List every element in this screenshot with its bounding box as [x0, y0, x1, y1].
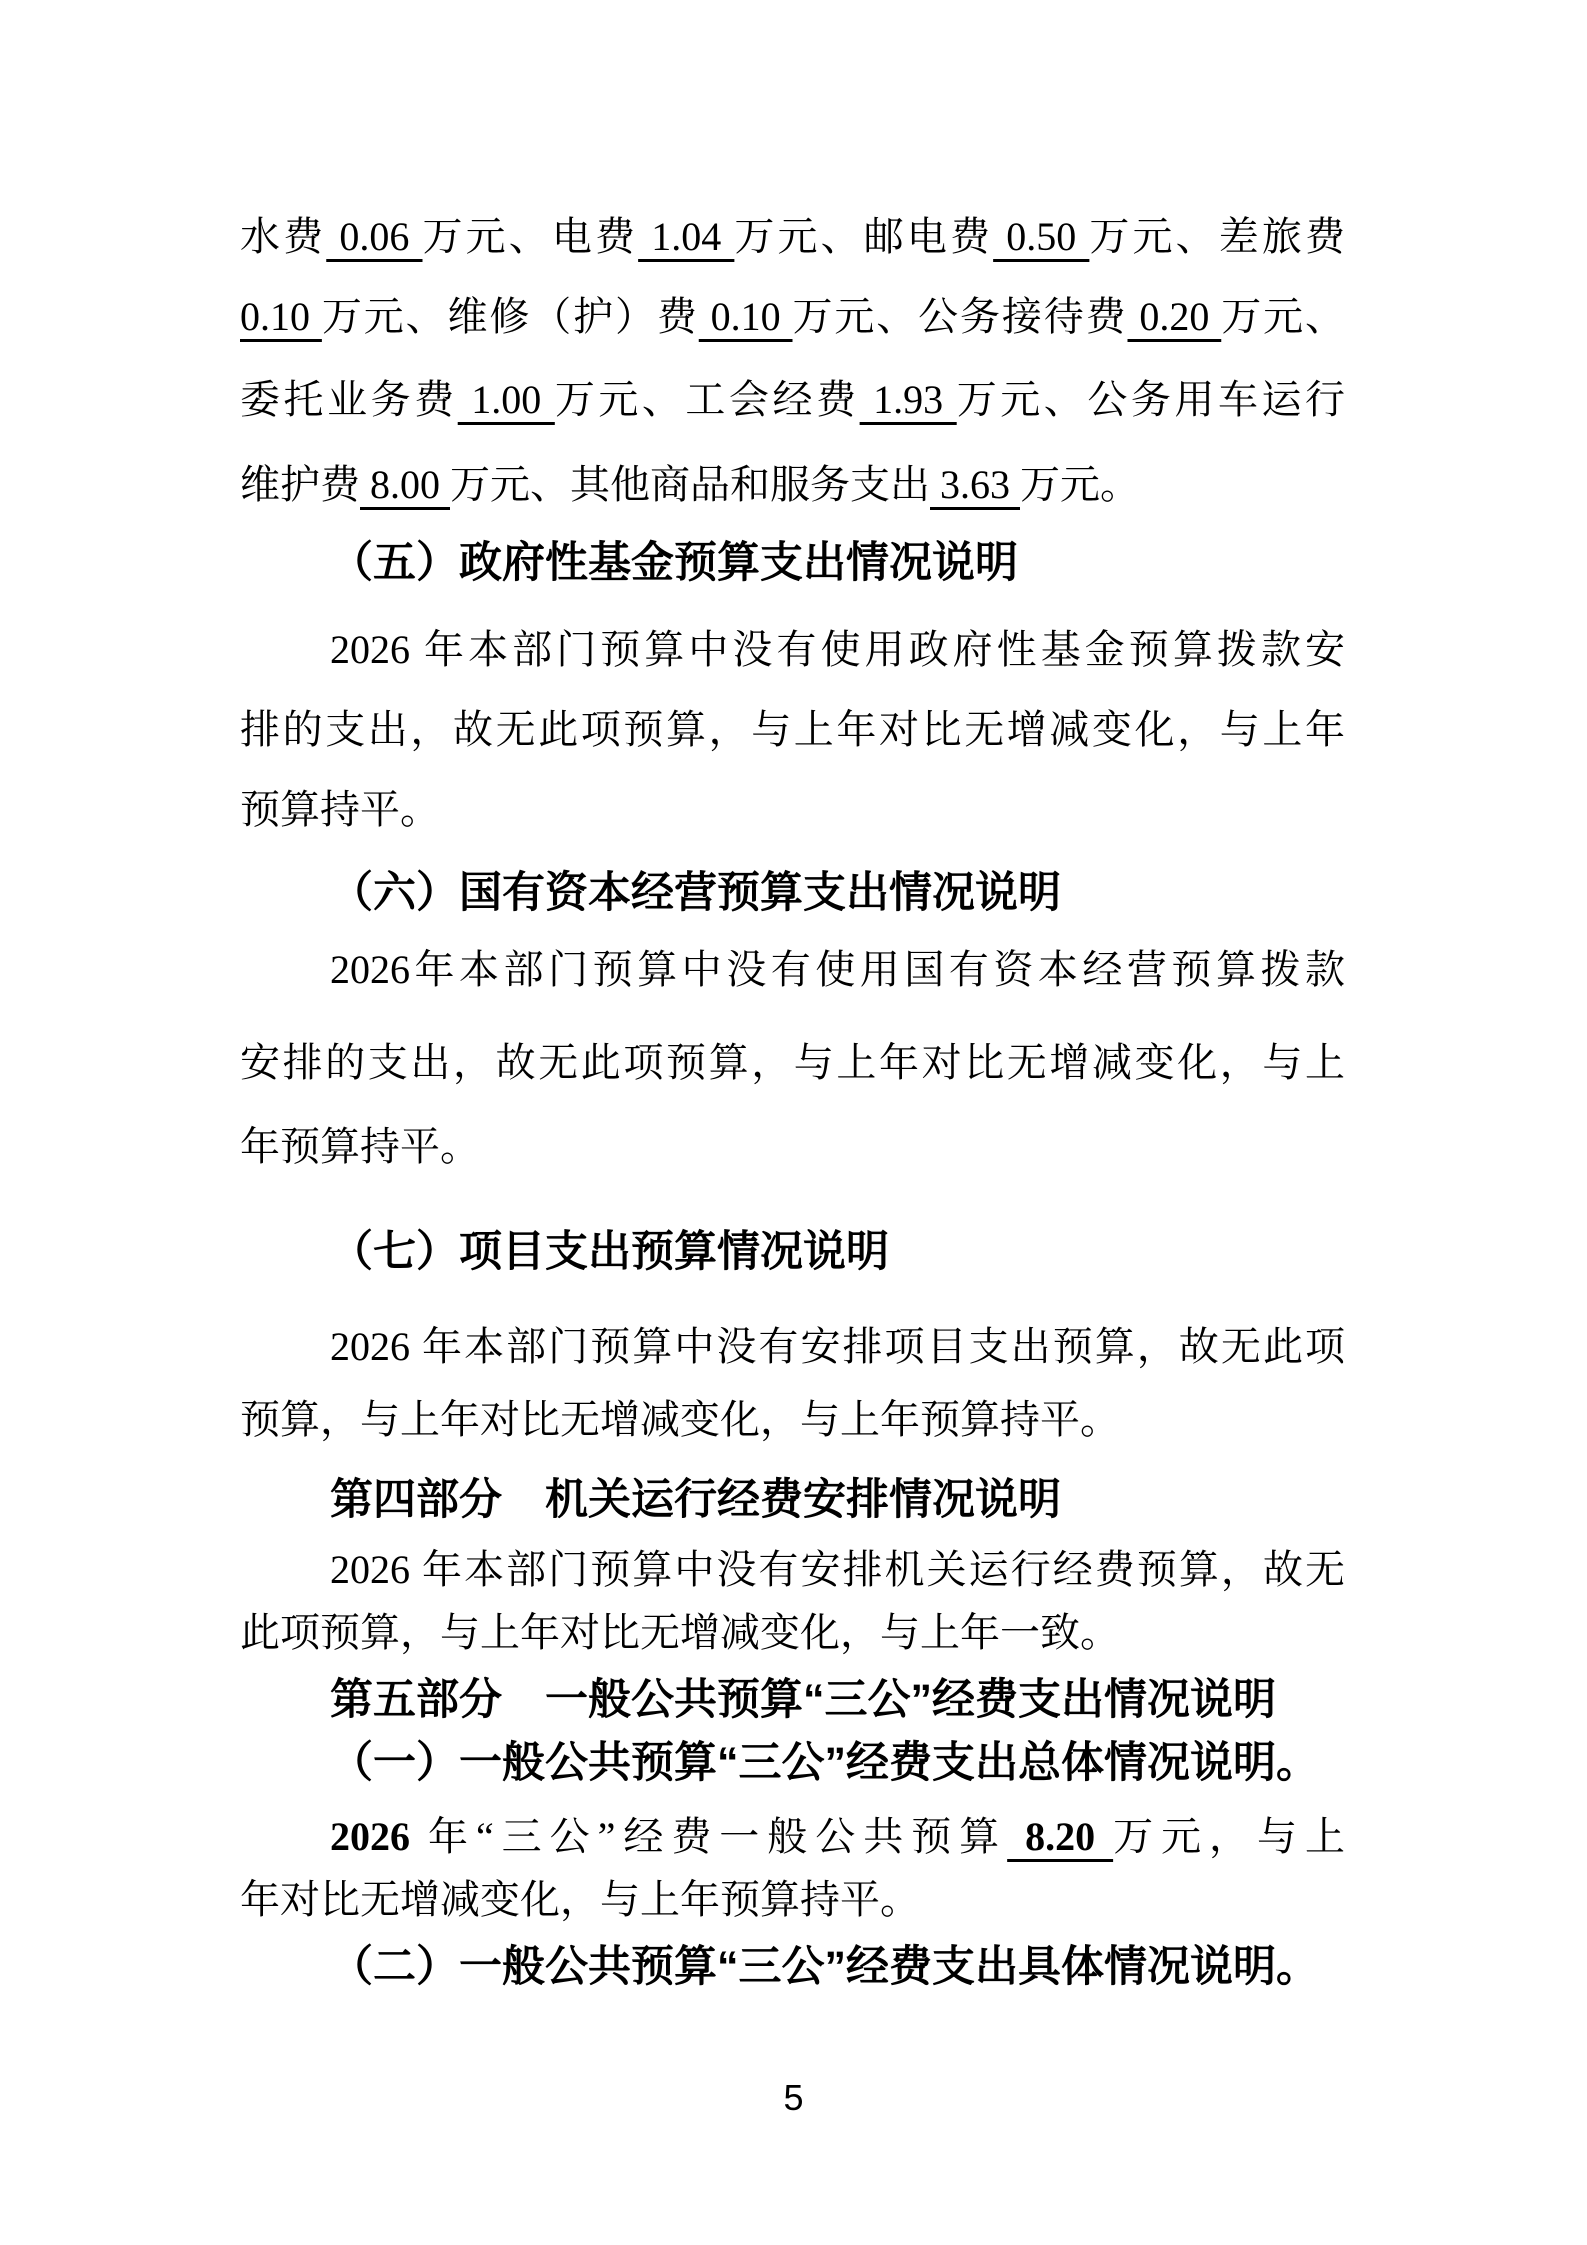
underlined-value: 1.04 [638, 214, 734, 259]
heading-part-5: 第五部分 一般公共预算“三公”经费支出情况说明 [240, 1672, 1345, 1728]
cont-line-2: 0.10 万元、维修（护）费 0.10 万元、公务接待费 0.20 万元、 [240, 289, 1345, 345]
text-segment: 万元、其他商品和服务支出 [450, 462, 930, 507]
heading-sub-1: （一）一般公共预算“三公”经费支出总体情况说明。 [240, 1735, 1345, 1791]
text-segment: 维护费 [240, 462, 360, 507]
para-gov-fund-line-3: 预算持平。 [240, 782, 1345, 838]
cont-line-3: 委托业务费 1.00 万元、工会经费 1.93 万元、公务用车运行 [240, 372, 1345, 428]
para-state-capital-line-2: 安排的支出，故无此项预算，与上年对比无增减变化，与上 [240, 1035, 1345, 1091]
text-segment: 万元。 [1020, 462, 1140, 507]
underlined-value: 8.00 [360, 462, 450, 507]
text-segment: 万元、公务用车运行 [957, 377, 1345, 422]
para-sangong-line-1: 2026 年“三公”经费一般公共预算 8.20 万元，与上 [240, 1809, 1345, 1865]
heading-item-5: （五）政府性基金预算支出情况说明 [240, 535, 1345, 591]
text-segment: 万元、电费 [423, 214, 639, 259]
para-gov-fund-line-1: 2026 年本部门预算中没有使用政府性基金预算拨款安 [240, 622, 1345, 678]
underlined-value: 0.20 [1128, 294, 1222, 339]
underlined-value: 8.20 [1007, 1814, 1113, 1859]
heading-item-7: （七）项目支出预算情况说明 [240, 1224, 1345, 1280]
text-segment: 万元、工会经费 [555, 377, 860, 422]
para-project-line-2: 预算，与上年对比无增减变化，与上年预算持平。 [240, 1392, 1345, 1448]
text-segment: 万元、差旅费 [1089, 214, 1345, 259]
document-body: 水费 0.06 万元、电费 1.04 万元、邮电费 0.50 万元、差旅费0.1… [240, 0, 1345, 2245]
cont-line-1: 水费 0.06 万元、电费 1.04 万元、邮电费 0.50 万元、差旅费 [240, 209, 1345, 265]
underlined-value: 0.50 [993, 214, 1089, 259]
text-segment: 万元、邮电费 [734, 214, 993, 259]
para-project-line-1: 2026 年本部门预算中没有安排项目支出预算，故无此项 [240, 1319, 1345, 1375]
cont-line-4: 维护费 8.00 万元、其他商品和服务支出 3.63 万元。 [240, 457, 1345, 513]
text-segment: 水费 [240, 214, 326, 259]
text-segment: 万元、维修（护）费 [322, 294, 699, 339]
text-segment: 2026 [330, 1814, 410, 1859]
para-state-capital-line-1: 2026年本部门预算中没有使用国有资本经营预算拨款 [240, 942, 1345, 998]
page-number: 5 [0, 2078, 1587, 2118]
text-segment: 万元，与上 [1113, 1814, 1345, 1859]
para-gov-fund-line-2: 排的支出，故无此项预算，与上年对比无增减变化，与上年 [240, 702, 1345, 758]
para-state-capital-line-3: 年预算持平。 [240, 1119, 1345, 1175]
underlined-value: 3.63 [930, 462, 1020, 507]
underlined-value: 1.00 [458, 377, 555, 422]
para-operating-line-2: 此项预算，与上年对比无增减变化，与上年一致。 [240, 1605, 1345, 1661]
para-sangong-line-2: 年对比无增减变化，与上年预算持平。 [240, 1872, 1345, 1928]
text-segment: 万元、公务接待费 [793, 294, 1128, 339]
text-segment: 年“三公”经费一般公共预算 [410, 1814, 1007, 1859]
document-page: 水费 0.06 万元、电费 1.04 万元、邮电费 0.50 万元、差旅费0.1… [0, 0, 1587, 2245]
text-segment: 委托业务费 [240, 377, 458, 422]
heading-item-6: （六）国有资本经营预算支出情况说明 [240, 865, 1345, 921]
text-segment: 万元、 [1221, 294, 1345, 339]
heading-sub-2: （二）一般公共预算“三公”经费支出具体情况说明。 [240, 1939, 1345, 1995]
underlined-value: 1.93 [860, 377, 957, 422]
underlined-value: 0.10 [240, 294, 322, 339]
heading-part-4: 第四部分 机关运行经费安排情况说明 [240, 1472, 1345, 1528]
underlined-value: 0.06 [326, 214, 422, 259]
underlined-value: 0.10 [699, 294, 793, 339]
para-operating-line-1: 2026 年本部门预算中没有安排机关运行经费预算，故无 [240, 1542, 1345, 1598]
